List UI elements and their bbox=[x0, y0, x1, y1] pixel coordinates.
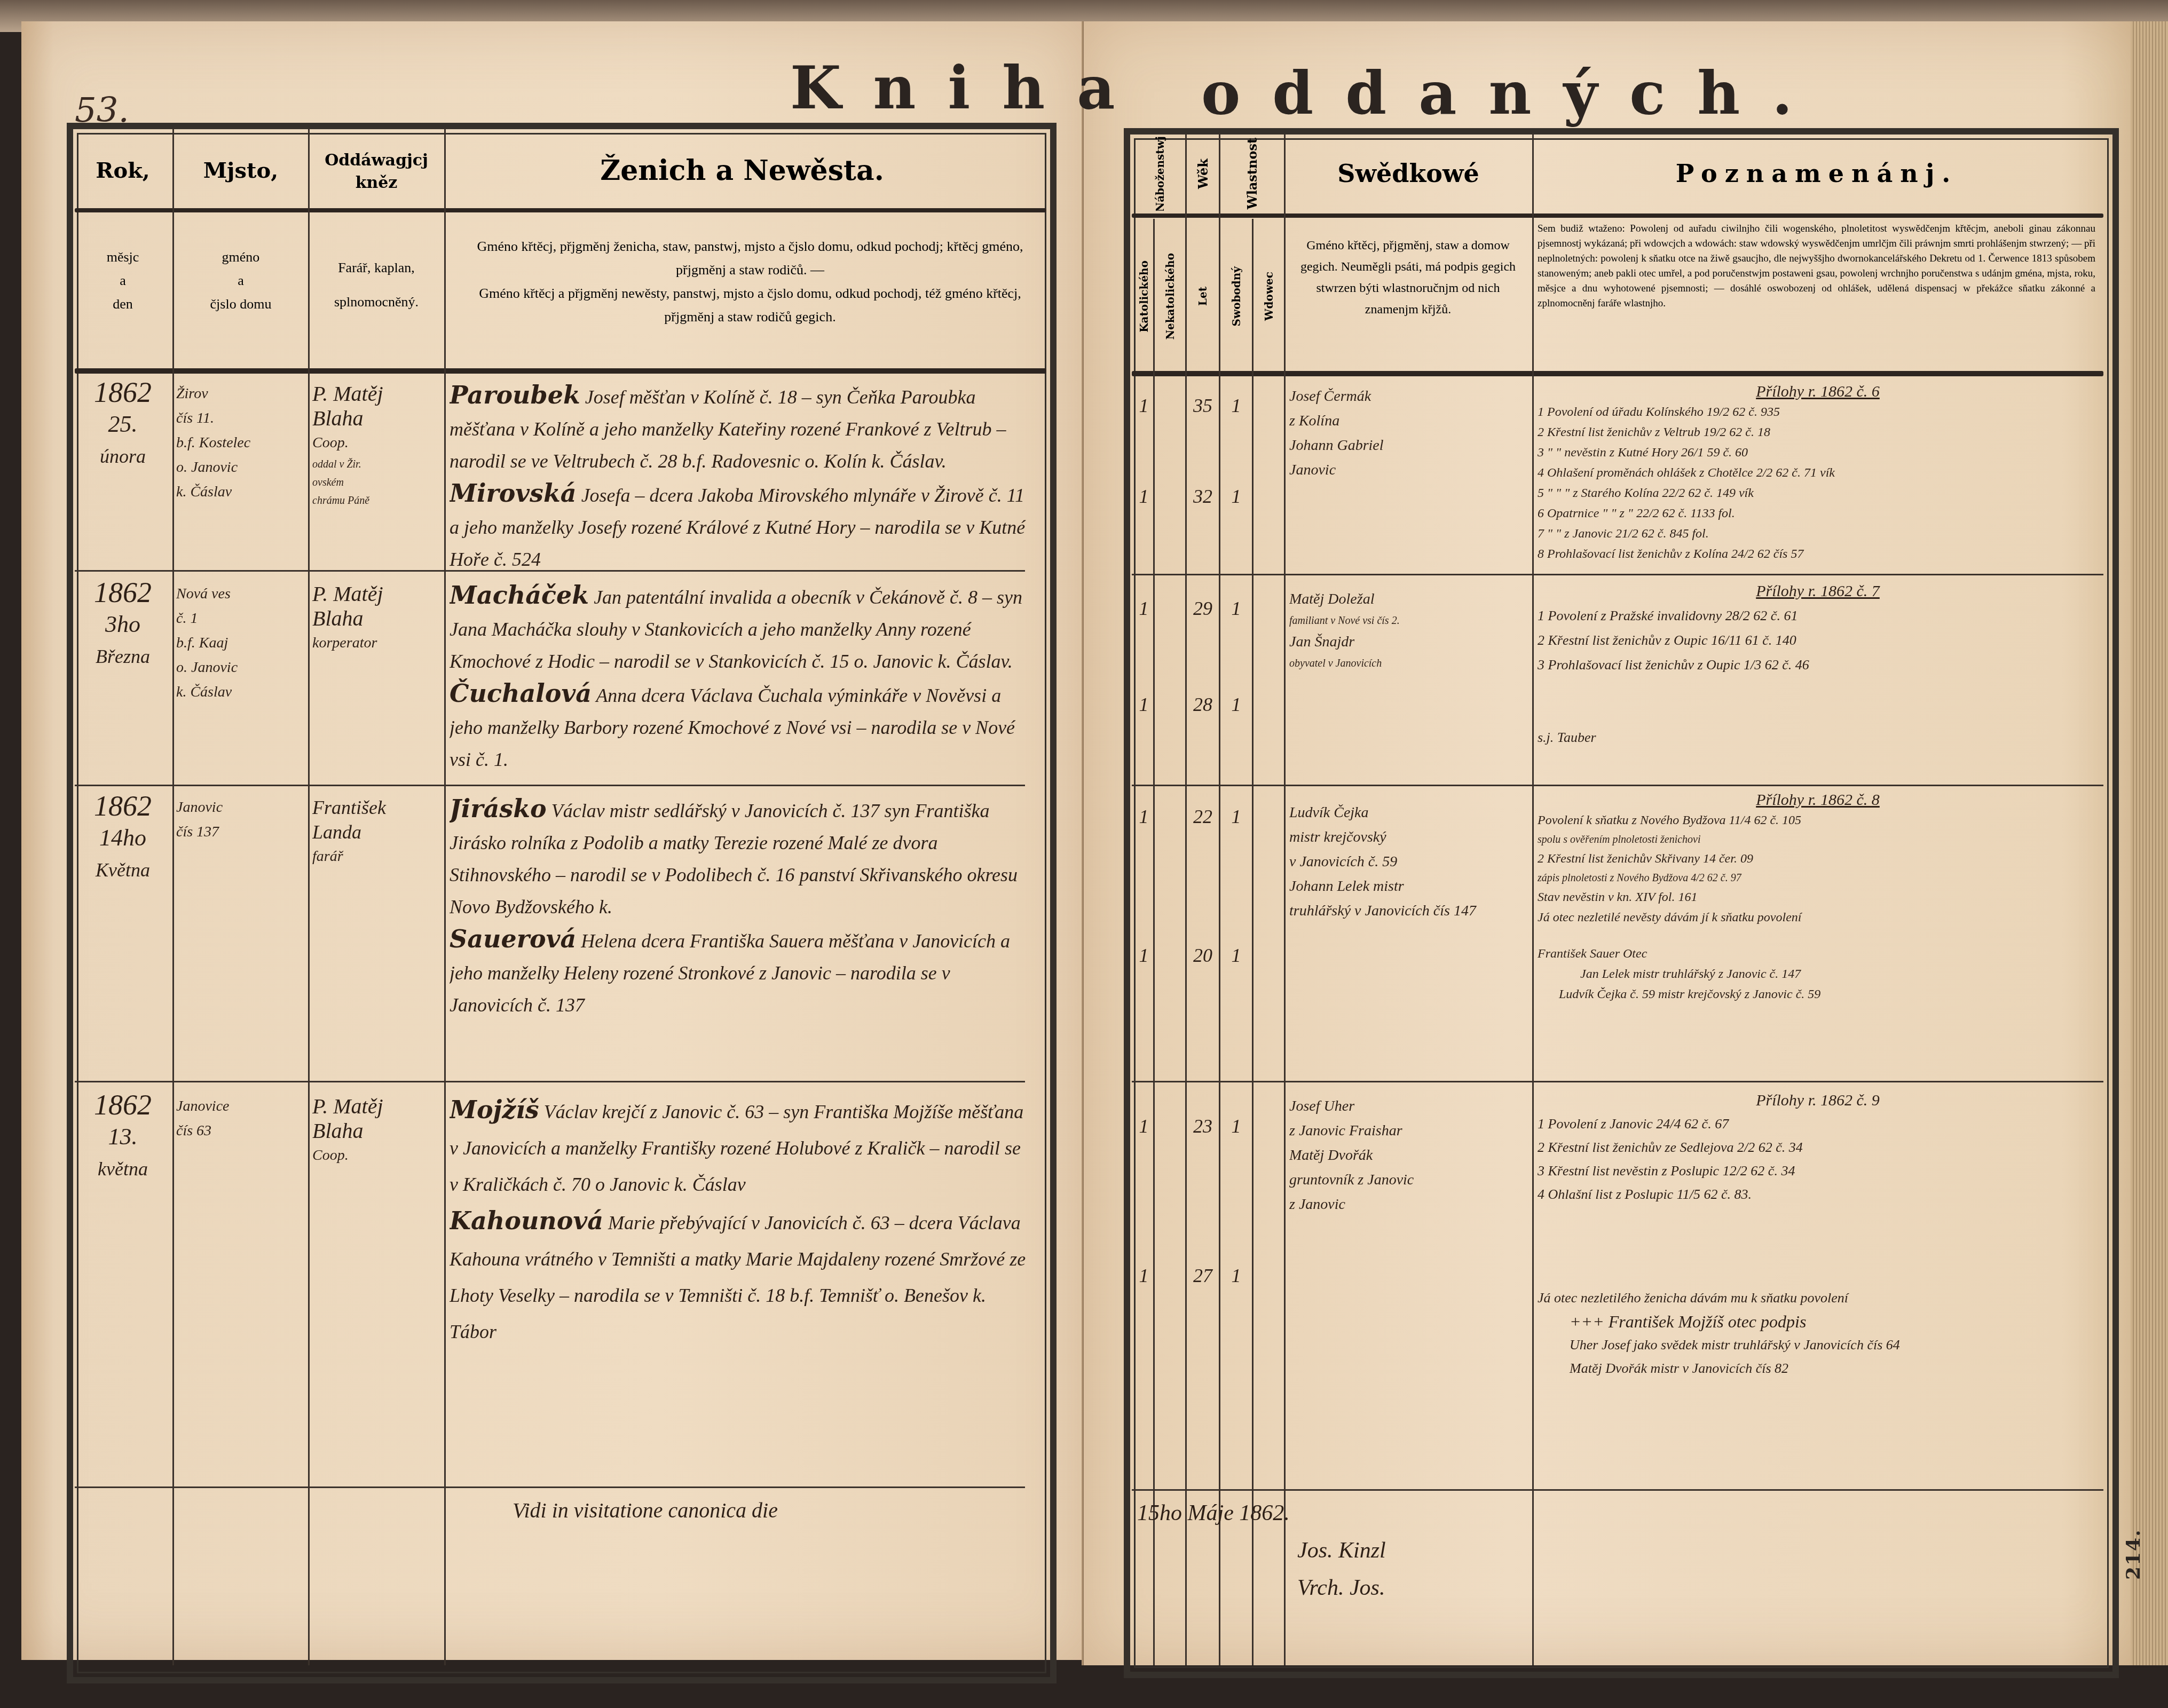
sub-label: Let bbox=[1196, 287, 1209, 306]
closing-date: 15ho Máje 1862. bbox=[1137, 1494, 1511, 1532]
line: 4 Ohlašení proměnách ohlášek z Chotělce … bbox=[1538, 463, 2098, 483]
e2-bride-katolik: 1 bbox=[1134, 689, 1153, 721]
sub-line: měsjc bbox=[75, 246, 171, 269]
row-divider bbox=[1132, 1489, 2103, 1491]
year: 1862 bbox=[75, 576, 171, 608]
line: čís 137 bbox=[176, 820, 307, 844]
year: 1862 bbox=[75, 790, 171, 822]
subheader-mesic-den: měsjc a den bbox=[75, 246, 171, 316]
col-line bbox=[308, 128, 310, 1665]
line: s.j. Tauber bbox=[1538, 725, 2098, 750]
line: oddal v Žir. bbox=[312, 455, 443, 473]
e2-groom-katolik: 1 bbox=[1134, 592, 1153, 624]
line: k. Čáslav bbox=[176, 680, 307, 705]
line: zápis plnoletosti z Nového Bydžova 4/2 6… bbox=[1538, 869, 2098, 887]
e3-groom-svobodny: 1 bbox=[1220, 801, 1252, 833]
row-divider bbox=[75, 785, 1025, 786]
line: b.f. Kaaj bbox=[176, 631, 307, 655]
line: truhlářský v Janovicích čís 147 bbox=[1289, 899, 1530, 923]
folio-number: 214. bbox=[2122, 1529, 2145, 1580]
line: Janovic bbox=[176, 795, 307, 820]
consent-note: Já otec nezletilého ženicha dávám mu k s… bbox=[1538, 1286, 2098, 1310]
month: Května bbox=[75, 854, 171, 886]
book-title-left: Kniha bbox=[790, 53, 1147, 122]
sub-line: gméno bbox=[174, 246, 308, 269]
e4-groom-age: 23 bbox=[1187, 1110, 1219, 1142]
remarks-title: Přílohy r. 1862 č. 6 bbox=[1538, 382, 2098, 402]
e4-bride-svobodny: 1 bbox=[1220, 1260, 1252, 1292]
sub-let: Let bbox=[1187, 224, 1219, 368]
line: P. Matěj bbox=[312, 582, 443, 606]
header-oddavajici-knez: Oddáwagjcj kněz bbox=[315, 149, 438, 208]
e2-witnesses: Matěj Doležal familiant v Nové vsi čís 2… bbox=[1289, 587, 1530, 782]
subheader-zenich-nevesta: Gméno křtěcj, přjgměnj ženicha, staw, pa… bbox=[470, 235, 1030, 329]
row-divider bbox=[1132, 574, 2103, 575]
e1-bride-svobodny: 1 bbox=[1220, 480, 1252, 512]
line: Johann Lelek mistr bbox=[1289, 874, 1530, 899]
line: Matěj Dvořák bbox=[1289, 1143, 1530, 1168]
year: 1862 bbox=[75, 376, 171, 408]
closing-signature: Jos. Kinzl bbox=[1137, 1532, 1511, 1569]
line: Nová ves bbox=[176, 582, 307, 606]
line: Josef Čermák bbox=[1289, 384, 1530, 409]
line: Janovic bbox=[1289, 458, 1530, 483]
line: čís 11. bbox=[176, 406, 307, 431]
book-title-right: oddaných. bbox=[1201, 59, 1825, 128]
line: 3 Křestní list nevěstin z Poslupic 12/2 … bbox=[1538, 1159, 2098, 1183]
line: Coop. bbox=[312, 1143, 443, 1168]
line: Ludvík Čejka bbox=[1289, 801, 1530, 825]
line: čís 63 bbox=[176, 1119, 307, 1143]
e4-witnesses: Josef Uher z Janovic Fraishar Matěj Dvoř… bbox=[1289, 1094, 1530, 1486]
visitation-note: Vidi in visitatione canonica die bbox=[513, 1494, 1025, 1537]
line: P. Matěj bbox=[312, 1094, 443, 1119]
e2-bride-age: 28 bbox=[1187, 689, 1219, 721]
header-poznamenani: Poznamenánj. bbox=[1534, 136, 2100, 211]
signature: +++ František Mojžíš otec podpis bbox=[1538, 1310, 2098, 1333]
day: 13. bbox=[75, 1121, 171, 1153]
groom-surname: Jirásko bbox=[450, 794, 547, 823]
sub-line: splnomocněný. bbox=[310, 290, 443, 314]
e1-witnesses: Josef Čermák z Kolína Johann Gabriel Jan… bbox=[1289, 384, 1530, 571]
line: František bbox=[312, 795, 443, 820]
line: 2 Křestní list ženichův ze Sedlejova 2/2… bbox=[1538, 1136, 2098, 1159]
line: Blaha bbox=[312, 1119, 443, 1143]
entry-1-priest: P. Matěj Blaha Coop. oddal v Žir. ovském… bbox=[312, 382, 443, 568]
line: chrámu Páně bbox=[312, 492, 443, 510]
line: 8 Prohlašovací list ženichův z Kolína 24… bbox=[1538, 544, 2098, 564]
line: 5 " " " z Starého Kolína 22/2 62 č. 149 … bbox=[1538, 483, 2098, 503]
e1-remarks: Přílohy r. 1862 č. 6 1 Povolení od úřadu… bbox=[1538, 382, 2098, 571]
day: 14ho bbox=[75, 822, 171, 854]
e3-bride-katolik: 1 bbox=[1134, 939, 1153, 971]
line: 6 Opatrnice " " z " 22/2 62 č. 1133 fol. bbox=[1538, 503, 2098, 524]
line: 2 Křestní list ženichův Skřivany 14 čer.… bbox=[1538, 849, 2098, 869]
line: 7 " " z Janovic 21/2 62 č. 845 fol. bbox=[1538, 524, 2098, 544]
header-nabozenstvi: Náboženstwj bbox=[1134, 136, 1185, 211]
e4-bride-katolik: 1 bbox=[1134, 1260, 1153, 1292]
groom-surname: Macháček bbox=[450, 581, 589, 610]
line: z Kolína bbox=[1289, 409, 1530, 433]
entry-3-date: 1862 14ho Května bbox=[75, 790, 171, 1078]
e4-bride-age: 27 bbox=[1187, 1260, 1219, 1292]
line: 3 " " nevěstin z Kutné Hory 26/1 59 č. 6… bbox=[1538, 442, 2098, 463]
line: Já otec nezletilé nevěsty dávám jí k sňa… bbox=[1538, 907, 2098, 928]
sub-line: a bbox=[174, 269, 308, 292]
sub-nekatolicke: Nekatolického bbox=[1155, 224, 1185, 368]
sub-line: a bbox=[75, 269, 171, 292]
line: k. Čáslav bbox=[176, 480, 307, 504]
day: 25. bbox=[75, 408, 171, 440]
entry-2-place: Nová ves č. 1 b.f. Kaaj o. Janovic k. Čá… bbox=[176, 582, 307, 782]
entry-4-place: Janovice čís 63 bbox=[176, 1094, 307, 1484]
sub-label: Swobodný bbox=[1230, 266, 1243, 326]
sub-vdovec: Wdowec bbox=[1254, 224, 1284, 368]
entry-3-couple: Jirásko Václav mistr sedlářský v Janovic… bbox=[450, 793, 1031, 1078]
entry-4-couple: Mojžíš Václav krejčí z Janovic č. 63 – s… bbox=[450, 1092, 1031, 1484]
line: 1 Povolení z Pražské invalidovny 28/2 62… bbox=[1538, 604, 2098, 628]
closing-signature-block: 15ho Máje 1862. Jos. Kinzl Vrch. Jos. bbox=[1137, 1494, 1511, 1655]
line: Coop. bbox=[312, 431, 443, 455]
col-line bbox=[1284, 133, 1286, 1665]
line: o. Janovic bbox=[176, 655, 307, 680]
line: Jan Šnajdr bbox=[1289, 630, 1530, 654]
line: z Janovic Fraishar bbox=[1289, 1119, 1530, 1143]
line: Žirov bbox=[176, 382, 307, 406]
e1-bride-katolik: 1 bbox=[1134, 480, 1153, 512]
closing-title: Vrch. Jos. bbox=[1137, 1569, 1511, 1607]
e4-groom-svobodny: 1 bbox=[1220, 1110, 1252, 1142]
sub-label: Wdowec bbox=[1263, 272, 1275, 321]
header-divider bbox=[75, 208, 1046, 212]
col-line bbox=[1153, 219, 1155, 1665]
bride-surname: Sauerová bbox=[450, 924, 576, 953]
entry-4-date: 1862 13. května bbox=[75, 1089, 171, 1484]
e1-groom-age: 35 bbox=[1187, 390, 1219, 422]
line: 4 Ohlašní list z Poslupic 11/5 62 č. 83. bbox=[1538, 1183, 2098, 1206]
month: května bbox=[75, 1153, 171, 1185]
signature: František Sauer Otec bbox=[1538, 944, 2098, 964]
line: ovském bbox=[312, 473, 443, 492]
line: Johann Gabriel bbox=[1289, 433, 1530, 458]
line: Matěj Doležal bbox=[1289, 587, 1530, 612]
line: gruntovník z Janovic bbox=[1289, 1168, 1530, 1192]
sub-poznamenani: Sem budiž wtaženo: Powolenj od auřadu ci… bbox=[1538, 222, 2095, 311]
signature: Ludvík Čejka č. 59 mistr krejčovský z Ja… bbox=[1538, 984, 2098, 1005]
line: b.f. Kostelec bbox=[176, 431, 307, 455]
sub-label: Nekatolického bbox=[1164, 253, 1177, 339]
header-label: Náboženstwj bbox=[1154, 136, 1166, 211]
e2-bride-svobodny: 1 bbox=[1220, 689, 1252, 721]
row-divider bbox=[1132, 785, 2103, 786]
month: Března bbox=[75, 640, 171, 673]
e3-groom-age: 22 bbox=[1187, 801, 1219, 833]
line: P. Matěj bbox=[312, 382, 443, 406]
entry-3-place: Janovic čís 137 bbox=[176, 795, 307, 1078]
year: 1862 bbox=[75, 1089, 171, 1121]
line: 1 Povolení z Janovic 24/4 62 č. 67 bbox=[1538, 1112, 2098, 1136]
signature: Matěj Dvořák mistr v Janovicích čís 82 bbox=[1538, 1357, 2098, 1380]
entry-2-date: 1862 3ho Března bbox=[75, 576, 171, 782]
sub-label: Katolického bbox=[1138, 260, 1150, 333]
signature: Jan Lelek mistr truhlářský z Janovic č. … bbox=[1538, 964, 2098, 984]
e3-witnesses: Ludvík Čejka mistr krejčovský v Janovicí… bbox=[1289, 801, 1530, 1078]
e4-remarks: Přílohy r. 1862 č. 9 1 Povolení z Janovi… bbox=[1538, 1089, 2098, 1486]
line: obyvatel v Janovicích bbox=[1289, 654, 1530, 673]
entry-1-couple: Paroubek Josef měšťan v Kolíně č. 18 – s… bbox=[450, 379, 1031, 568]
header-label: Wěk bbox=[1195, 159, 1211, 189]
col-line bbox=[1532, 133, 1534, 1665]
entry-1-date: 1862 25. února bbox=[75, 376, 171, 568]
col-line bbox=[1252, 219, 1254, 1665]
line: Landa bbox=[312, 820, 443, 844]
e2-groom-svobodny: 1 bbox=[1220, 592, 1252, 624]
e2-groom-age: 29 bbox=[1187, 592, 1219, 624]
entry-1-place: Žirov čís 11. b.f. Kostelec o. Janovic k… bbox=[176, 382, 307, 568]
header-svedkove: Swědkowé bbox=[1286, 136, 1531, 211]
sub-line: den bbox=[75, 292, 171, 316]
subheader-farar: Farář, kaplan, splnomocněný. bbox=[310, 256, 443, 314]
line: Josef Uher bbox=[1289, 1094, 1530, 1119]
remarks-title: Přílohy r. 1862 č. 8 bbox=[1538, 790, 2098, 810]
line: 1 Povolení od úřadu Kolínského 19/2 62 č… bbox=[1538, 402, 2098, 422]
e2-remarks: Přílohy r. 1862 č. 7 1 Povolení z Pražsk… bbox=[1538, 579, 2098, 782]
header-rok: Rok, bbox=[75, 133, 171, 208]
entry-2-priest: P. Matěj Blaha korperator bbox=[312, 582, 443, 782]
e3-bride-age: 20 bbox=[1187, 939, 1219, 971]
e1-groom-svobodny: 1 bbox=[1220, 390, 1252, 422]
e3-bride-svobodny: 1 bbox=[1220, 939, 1252, 971]
row-divider bbox=[75, 570, 1025, 572]
header-divider bbox=[1132, 213, 2103, 218]
line: spolu s ověřením plnoletosti ženichovi bbox=[1538, 831, 2098, 849]
header-zenich-nevesta: Ženich a Newěsta. bbox=[446, 133, 1038, 208]
page-edges bbox=[2131, 21, 2168, 1665]
row-divider bbox=[75, 1486, 1025, 1488]
sub-line: čjslo domu bbox=[174, 292, 308, 316]
e3-remarks: Přílohy r. 1862 č. 8 Povolení k sňatku z… bbox=[1538, 790, 2098, 1078]
bride-surname: Kahounová bbox=[450, 1206, 603, 1235]
line: Stav nevěstin v kn. XIV fol. 161 bbox=[1538, 887, 2098, 907]
line: Blaha bbox=[312, 406, 443, 431]
col-line bbox=[444, 128, 446, 1665]
line: Povolení k sňatku z Nového Bydžova 11/4 … bbox=[1538, 810, 2098, 831]
header-bottom-rule bbox=[75, 368, 1046, 374]
e3-groom-katolik: 1 bbox=[1134, 801, 1153, 833]
header-vlastnost: Wlastnost bbox=[1220, 136, 1284, 211]
sub-svedkove: Gméno křtěcj, přjgměnj, staw a domow geg… bbox=[1289, 235, 1527, 320]
sub-svobodny: Swobodný bbox=[1220, 224, 1252, 368]
subheader-jmeno-cislo: gméno a čjslo domu bbox=[174, 246, 308, 316]
groom-surname: Mojžíš bbox=[450, 1095, 539, 1124]
entry-2-couple: Macháček Jan patentální invalida a obecn… bbox=[450, 579, 1031, 782]
line: Blaha bbox=[312, 606, 443, 631]
header-label: Wlastnost bbox=[1244, 138, 1260, 209]
sub-katolicke: Katolického bbox=[1134, 224, 1153, 368]
e4-groom-katolik: 1 bbox=[1134, 1110, 1153, 1142]
remarks-title: Přílohy r. 1862 č. 7 bbox=[1538, 579, 2098, 604]
signature: Uher Josef jako svědek mistr truhlářský … bbox=[1538, 1333, 2098, 1357]
line: č. 1 bbox=[176, 606, 307, 631]
bride-surname: Čuchalová bbox=[450, 679, 592, 708]
sub-line: Gméno křtěcj, přjgměnj ženicha, staw, pa… bbox=[470, 235, 1030, 282]
line: familiant v Nové vsi čís 2. bbox=[1289, 612, 1530, 630]
line: korperator bbox=[312, 631, 443, 655]
spacer bbox=[310, 280, 443, 290]
groom-surname: Paroubek bbox=[450, 381, 580, 409]
line: mistr krejčovský bbox=[1289, 825, 1530, 850]
header-vek: Wěk bbox=[1187, 136, 1219, 211]
day: 3ho bbox=[75, 608, 171, 640]
e1-bride-age: 32 bbox=[1187, 480, 1219, 512]
line: z Janovic bbox=[1289, 1192, 1530, 1217]
header-bottom-rule bbox=[1132, 371, 2103, 376]
header-misto: Mjsto, bbox=[174, 133, 308, 208]
line: o. Janovic bbox=[176, 455, 307, 480]
row-divider bbox=[75, 1081, 1025, 1082]
month: února bbox=[75, 440, 171, 472]
e1-groom-katolik: 1 bbox=[1134, 390, 1153, 422]
line: Janovice bbox=[176, 1094, 307, 1119]
line: 3 Prohlašovací list ženichův z Oupic 1/3… bbox=[1538, 653, 2098, 677]
entry-3-priest: František Landa farář bbox=[312, 795, 443, 1078]
line: farář bbox=[312, 844, 443, 869]
line: 2 Křestní list ženichův z Oupic 16/11 61… bbox=[1538, 628, 2098, 653]
entry-4-priest: P. Matěj Blaha Coop. bbox=[312, 1094, 443, 1484]
bride-surname: Mirovská bbox=[450, 479, 577, 508]
sub-line: Gméno křtěcj a přjgměnj newěsty, panstwj… bbox=[470, 282, 1030, 329]
sub-line: Farář, kaplan, bbox=[310, 256, 443, 280]
remarks-title: Přílohy r. 1862 č. 9 bbox=[1538, 1089, 2098, 1112]
line: 2 Křestní list ženichův z Veltrub 19/2 6… bbox=[1538, 422, 2098, 442]
col-line bbox=[172, 128, 174, 1665]
row-divider bbox=[1132, 1081, 2103, 1082]
line: v Janovicích č. 59 bbox=[1289, 850, 1530, 874]
